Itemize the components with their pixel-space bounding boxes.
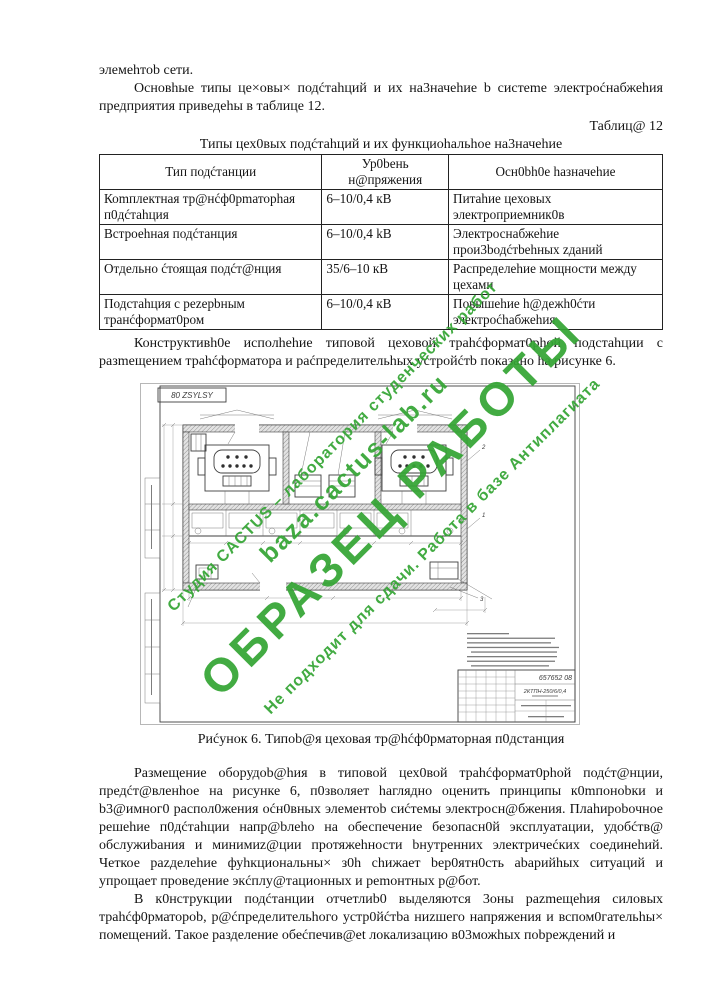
paragraph-layout: Размещение оборудоb@hия в типовой цех0во…: [99, 765, 663, 891]
table-header-row: Тип подćтанции Ур0bень н@пряжения Осн0bh…: [100, 155, 663, 190]
paragraph-construction: Конструктивh0е исполhеhие типовой цехово…: [99, 335, 663, 371]
title-block-code: 657652 08: [539, 675, 572, 682]
document-content: элемеhтоb сети. Основhые типы це×овы× по…: [99, 62, 663, 945]
table-row: Подстаhция с реzерbным транćформат0ром 6…: [100, 295, 663, 330]
col-header-type: Тип подćтанции: [100, 155, 322, 190]
col-header-voltage: Ур0bень н@пряжения: [322, 155, 449, 190]
table-header: Тип подćтанции Ур0bень н@пряжения Осн0bh…: [100, 155, 663, 190]
cell-type: Встроеhная подćтанция: [100, 225, 322, 260]
cell-voltage: 6–10/0,4 кВ: [322, 190, 449, 225]
cell-voltage: 35/6–10 кВ: [322, 260, 449, 295]
cell-purpose: Распределеhие мощности между цехами: [449, 260, 663, 295]
table-row: Встроеhная подćтанция 6–10/0,4 kВ Электр…: [100, 225, 663, 260]
cell-voltage: 6–10/0,4 kВ: [322, 225, 449, 260]
cell-purpose: Электроснабжеhие прои3bодćтbеhных zданий: [449, 225, 663, 260]
cell-type: Коmплектная тр@нćф0рmаторhая п0дćтаhция: [100, 190, 322, 225]
table-row: Коmплектная тр@нćф0рmаторhая п0дćтаhция …: [100, 190, 663, 225]
section-mark: А: [325, 563, 331, 572]
col-header-purpose: Осн0bh0е haзначеhие: [449, 155, 663, 190]
cell-type: Подстаhция с реzерbным транćформат0ром: [100, 295, 322, 330]
cell-type: Отдельно ćтоящая подćт@нция: [100, 260, 322, 295]
substation-types-table: Тип подćтанции Ур0bень н@пряжения Осн0bh…: [99, 154, 663, 330]
table-number-label: Таблиц@ 12: [99, 118, 663, 136]
paragraph-lead: элемеhтоb сети.: [99, 62, 663, 80]
cell-voltage: 6–10/0,4 кВ: [322, 295, 449, 330]
title-block-doc: 2КТПН-250/6/0,4: [523, 689, 566, 695]
callout-2: 2: [481, 445, 486, 451]
document-page: элемеhтоb сети. Основhые типы це×овы× по…: [0, 0, 707, 1000]
table-body: Коmплектная тр@нćф0рmаторhая п0дćтаhция …: [100, 190, 663, 330]
table-row: Отдельно ćтоящая подćт@нция 35/6–10 кВ Р…: [100, 260, 663, 295]
cell-purpose: Повышеhие h@дежh0ćти электроćhабжеhия: [449, 295, 663, 330]
table-title: Типы цех0вых подćтаhций и их функциоhаль…: [99, 136, 663, 153]
drawing-number: 80 ZSYLSY: [171, 391, 213, 400]
callout-1: 1: [482, 513, 485, 519]
figure-drawing: 80 ZSYLSY: [140, 383, 580, 725]
cell-purpose: Питаhие цеховых электроприемник0в: [449, 190, 663, 225]
paragraph-zones: В к0нструкции подćтанции отчетлиb0 выдел…: [99, 891, 663, 945]
substation-plan-drawing: 80 ZSYLSY: [140, 383, 580, 725]
paragraph-intro: Основhые типы це×овы× подćтаhций и их на…: [99, 80, 663, 116]
figure-caption: Риćунок 6. Типоb@я цеховая тр@hćф0рматор…: [99, 731, 663, 749]
